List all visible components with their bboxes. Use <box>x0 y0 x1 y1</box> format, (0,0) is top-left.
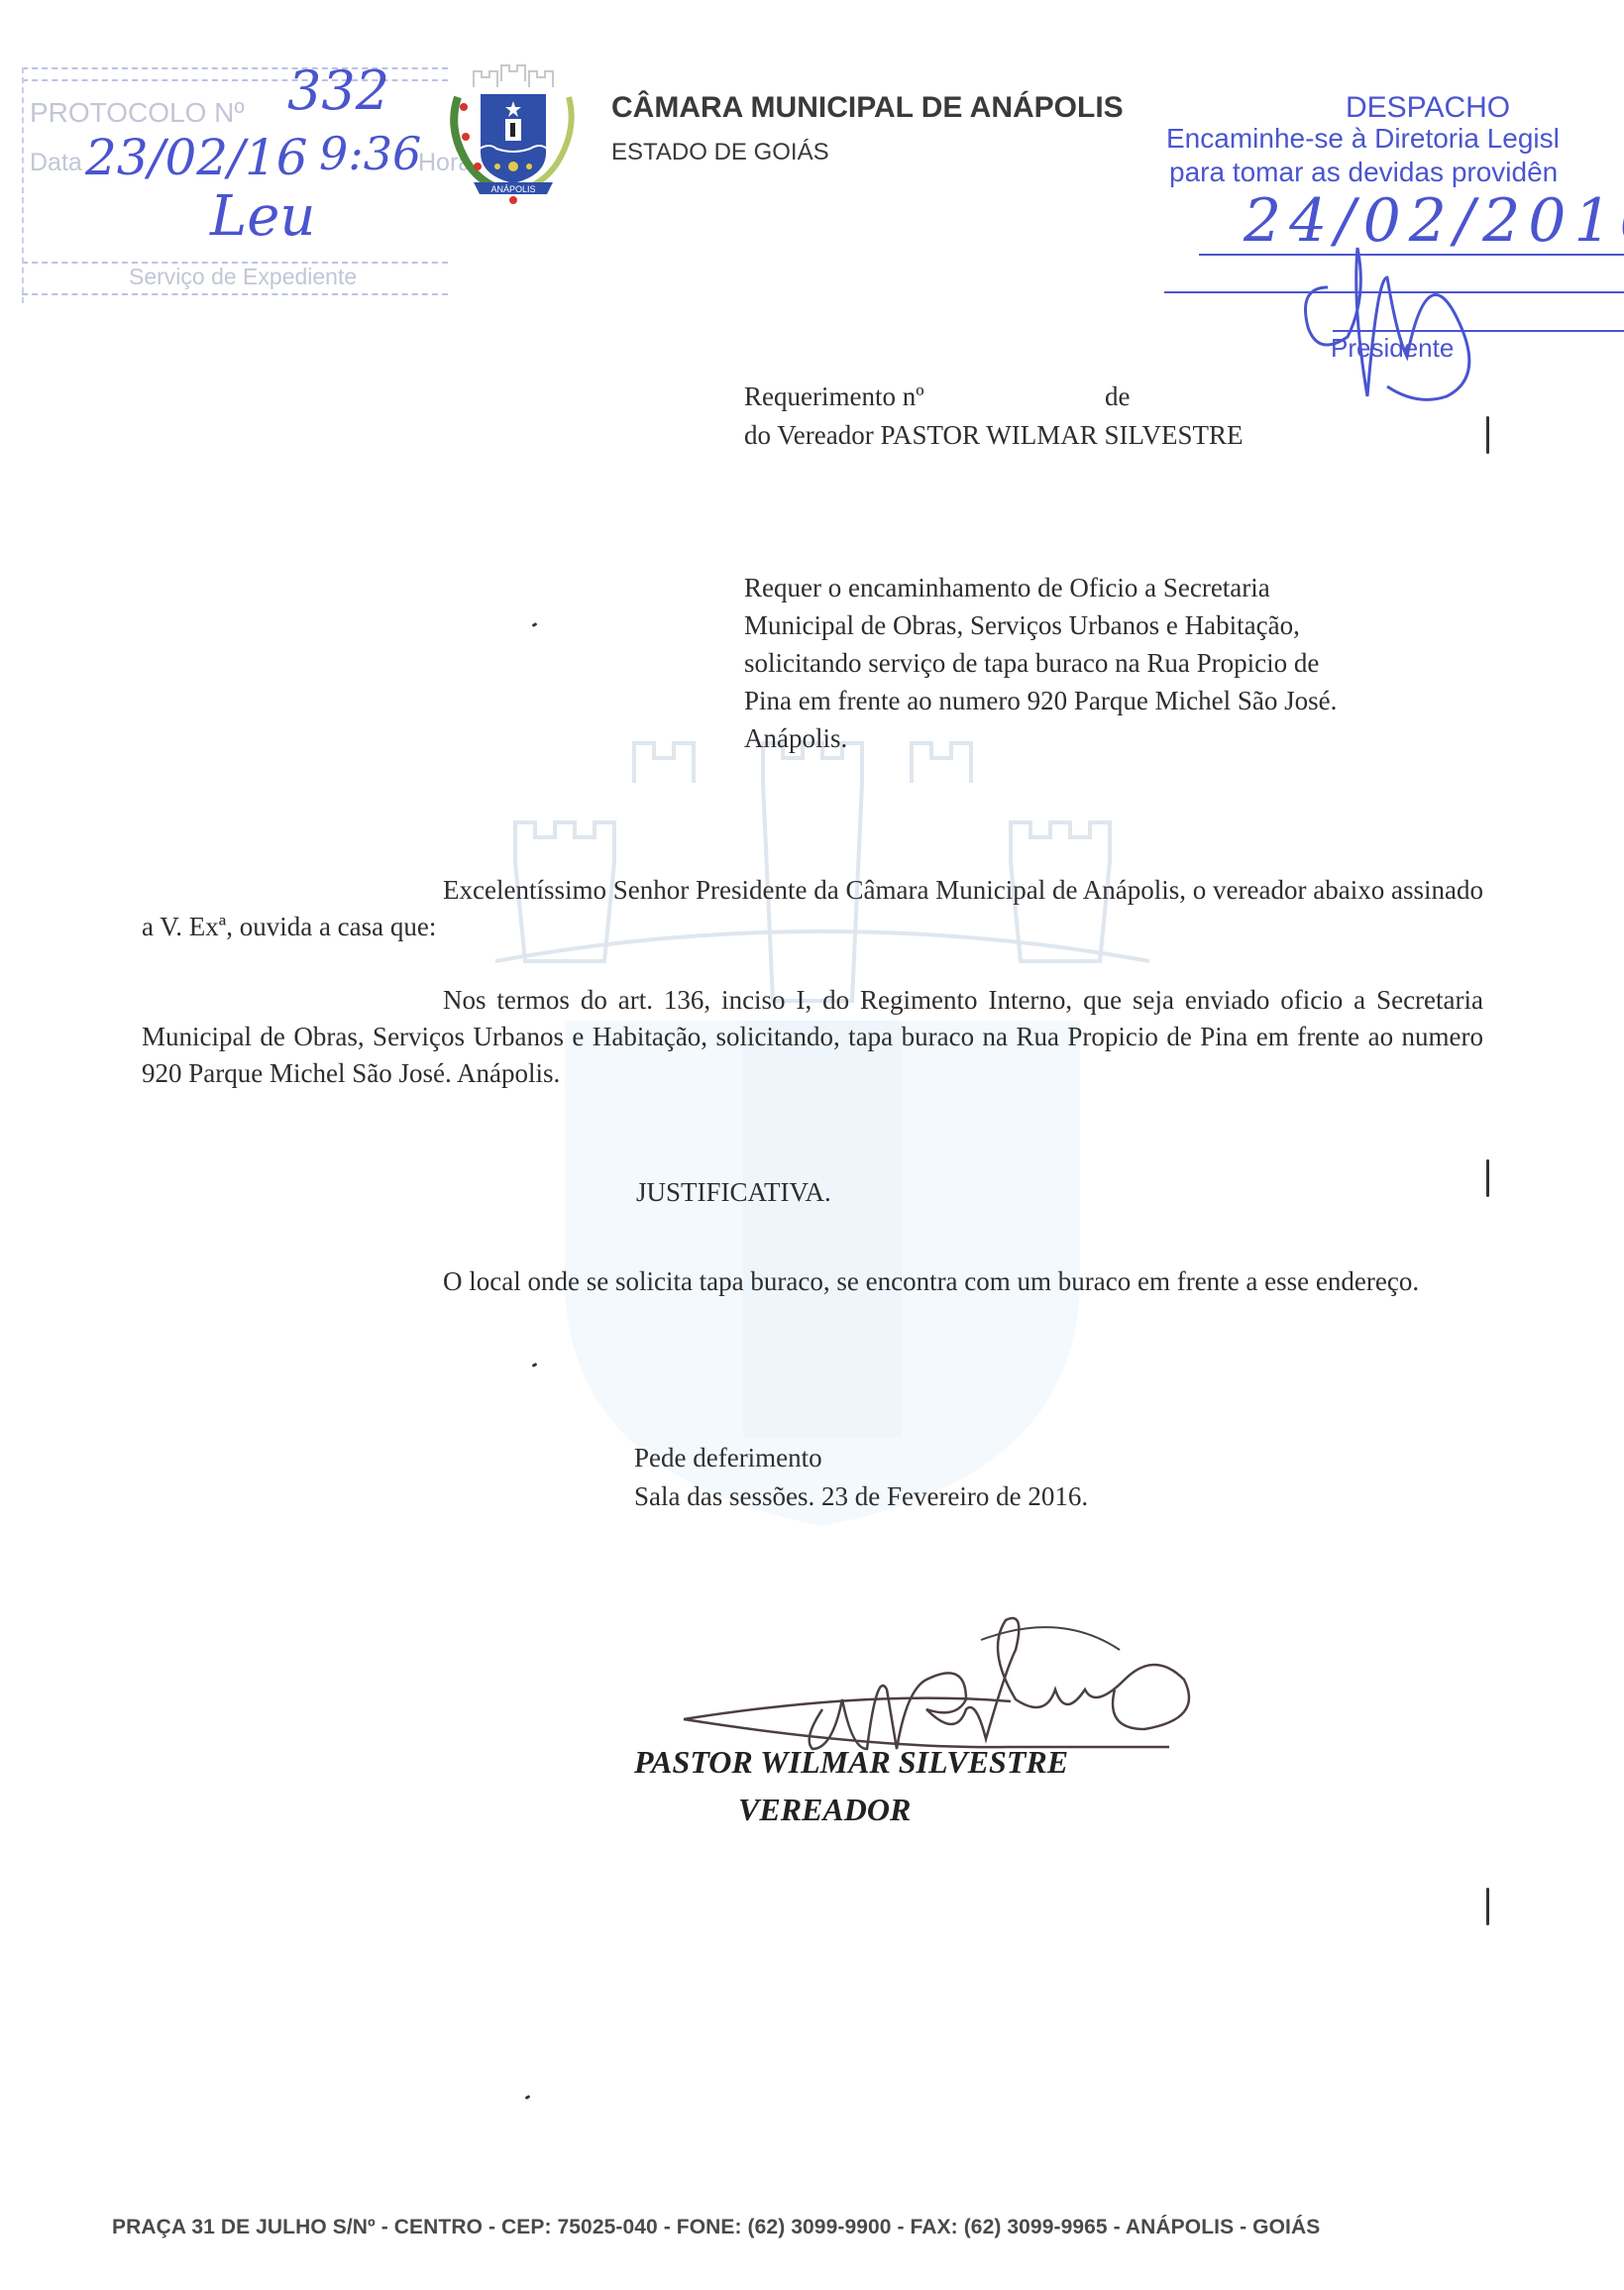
despacho-role: Presidente <box>1331 333 1454 364</box>
coat-of-arms-watermark <box>476 723 1169 1536</box>
requirement-author: do Vereador PASTOR WILMAR SILVESTRE <box>744 420 1244 451</box>
summary-line: Anápolis. <box>744 723 847 754</box>
coat-of-arms-icon: ANÁPOLIS <box>444 57 583 208</box>
summary-line: solicitando serviço de tapa buraco na Ru… <box>744 648 1319 679</box>
protocol-number: 332 <box>287 59 389 122</box>
margin-mark <box>1486 1159 1489 1197</box>
closing-place-date: Sala das sessões. 23 de Fevereiro de 201… <box>634 1481 1088 1512</box>
president-signature <box>1288 208 1546 406</box>
protocol-date: 23/02/16 <box>85 129 308 186</box>
summary-line: Pina em frente ao numero 920 Parque Mich… <box>744 686 1337 716</box>
margin-mark <box>1486 1888 1489 1925</box>
service-label: Serviço de Expediente <box>129 264 357 290</box>
scan-speck <box>532 1363 538 1367</box>
signatory-role: VEREADOR <box>738 1792 911 1828</box>
salutation-paragraph: Excelentíssimo Senhor Presidente da Câma… <box>142 872 1483 945</box>
coat-of-arms-label: ANÁPOLIS <box>490 184 535 194</box>
scan-speck <box>532 622 538 627</box>
despacho-line-2: para tomar as devidas providên <box>1169 157 1558 188</box>
despacho-line-1: Encaminhe-se à Diretoria Legisl <box>1166 123 1560 155</box>
requirement-number-label: Requerimento nº <box>744 382 924 412</box>
despacho-title: DESPACHO <box>1346 91 1510 125</box>
requirement-date-label: de <box>1105 382 1130 412</box>
justification-title: JUSTIFICATIVA. <box>636 1177 831 1208</box>
footer-address: PRAÇA 31 DE JULHO S/Nº - CENTRO - CEP: 7… <box>112 2216 1320 2239</box>
institution-state: ESTADO DE GOIÁS <box>611 139 829 166</box>
date-label: Data <box>30 149 82 177</box>
request-paragraph: Nos termos do art. 136, inciso I, do Reg… <box>142 982 1483 1092</box>
justification-paragraph: O local onde se solicita tapa buraco, se… <box>142 1254 1483 1308</box>
summary-line: Requer o encaminhamento de Oficio a Secr… <box>744 573 1270 603</box>
margin-mark <box>1486 416 1489 454</box>
protocol-stamp: PROTOCOLO Nº Data Hora Serviço de Expedi… <box>22 67 448 303</box>
closing-request: Pede deferimento <box>634 1443 822 1473</box>
institution-title: CÂMARA MUNICIPAL DE ANÁPOLIS <box>611 91 1124 125</box>
protocol-time: 9:36 <box>319 127 421 180</box>
signatory-name: PASTOR WILMAR SILVESTRE <box>634 1744 1068 1781</box>
summary-line: Municipal de Obras, Serviços Urbanos e H… <box>744 610 1300 641</box>
scan-speck <box>525 2095 531 2100</box>
protocol-label: PROTOCOLO Nº <box>30 97 245 129</box>
protocol-initials: Leu <box>210 184 315 249</box>
